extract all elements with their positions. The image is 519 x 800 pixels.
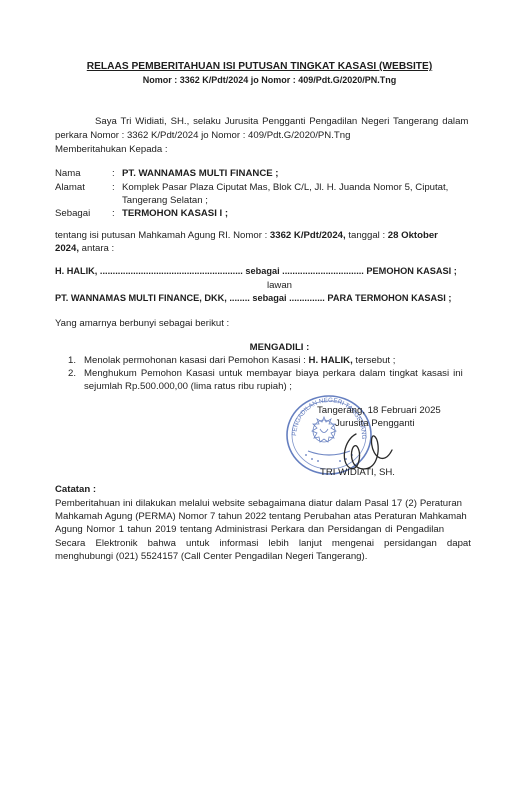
sebagai-value: TERMOHON KASASI I ; (122, 208, 228, 219)
sebagai-colon: : (112, 208, 115, 219)
decision-ref-line2: 2024, antara : (55, 243, 114, 254)
ruling-item-2-number: 2. (68, 368, 76, 379)
signature-name: TRI WIDIATI, SH. (320, 467, 395, 478)
party-respondent: PT. WANNAMAS MULTI FINANCE, DKK, .......… (55, 293, 451, 303)
note-line-5: menghubungi (021) 5524157 (Call Center P… (55, 550, 467, 563)
note-line-4: Secara Elektronik bahwa untuk informasi … (55, 537, 467, 550)
ruling-item-2-line1: Menghukum Pemohon Kasasi untuk membayar … (84, 368, 463, 379)
nama-label: Nama (55, 168, 81, 179)
ruling-item-1: Menolak permohonan kasasi dari Pemohon K… (84, 355, 395, 366)
document-title: RELAAS PEMBERITAHUAN ISI PUTUSAN TINGKAT… (0, 61, 519, 72)
intro-line-1: Saya Tri Widiati, SH., selaku Jurusita P… (95, 116, 465, 127)
note-line-3: Agung Nomor 1 tahun 2019 tentang Adminis… (55, 523, 467, 536)
alamat-colon: : (112, 182, 115, 193)
sebagai-label: Sebagai (55, 208, 90, 219)
decision-ref-line1: tentang isi putusan Mahkamah Agung RI. N… (55, 230, 438, 241)
alamat-value-line1: Komplek Pasar Plaza Ciputat Mas, Blok C/… (122, 182, 448, 193)
ruling-heading: MENGADILI : (0, 342, 519, 353)
decision-number: 3362 K/Pdt/2024, (270, 230, 346, 241)
note-line-2: Mahkamah Agung (PERMA) Nomor 7 tahun 202… (55, 510, 467, 523)
signature-place-date: Tangerang, 18 Februari 2025 (317, 405, 441, 416)
decision-date: 28 Oktober (388, 230, 438, 241)
note-line-1: Pemberitahuan ini dilakukan melalui webs… (55, 497, 467, 510)
nama-colon: : (112, 168, 115, 179)
document-subtitle: Nomor : 3362 K/Pdt/2024 jo Nomor : 409/P… (0, 75, 519, 85)
note-body: Pemberitahuan ini dilakukan melalui webs… (55, 497, 467, 563)
party-applicant: H. HALIK, ..............................… (55, 266, 457, 276)
nama-value: PT. WANNAMAS MULTI FINANCE ; (122, 168, 279, 179)
ruling-intro: Yang amarnya berbunyi sebagai berikut : (55, 318, 229, 329)
alamat-label: Alamat (55, 182, 85, 193)
ruling-item-2-line2: sejumlah Rp.500.000,00 (lima ratus ribu … (84, 381, 292, 392)
ruling-item-1-number: 1. (68, 355, 76, 366)
note-heading: Catatan : (55, 484, 96, 495)
alamat-value-line2: Tangerang Selatan ; (122, 195, 208, 206)
intro-line-3: Memberitahukan Kepada : (55, 144, 168, 155)
versus-label: lawan (0, 280, 519, 291)
intro-line-2: perkara Nomor : 3362 K/Pdt/2024 jo Nomor… (55, 130, 350, 141)
signature-role: Jurusita Pengganti (335, 418, 414, 429)
